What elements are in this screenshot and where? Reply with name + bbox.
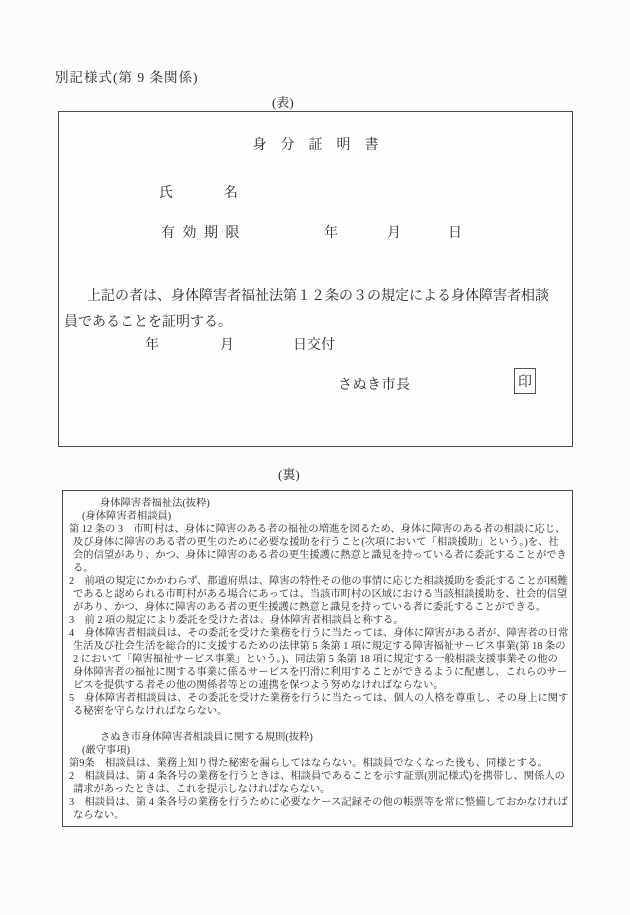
- blank-line: [63, 718, 572, 731]
- statement-line: 上記の者は、身体障害者福祉法第１２条の３の規定による身体障害者相談: [64, 284, 567, 310]
- name-label-first: 氏: [159, 182, 173, 202]
- back-text-line: 2 相談員は、第 4 条各号の業務を行うときは、相談員であることを示す証票(別記…: [63, 770, 572, 783]
- name-label-last: 名: [224, 182, 238, 202]
- back-text-line: さぬき市身体障害者相談員に関する規則(抜粋): [63, 731, 572, 744]
- issue-day-label: 日交付: [293, 334, 335, 354]
- certificate-title: 身分証明書: [59, 134, 572, 154]
- back-text-line: 第9条 相談員は、業務上知り得た秘密を漏らしてはならない。相談員でなくなった後も…: [63, 757, 572, 770]
- back-text-line: 4 身体障害者相談員は、その委託を受けた業務を行うに当たっては、身体に障害がある…: [63, 627, 572, 640]
- back-text-line: 身体障害者の福祉に関する事業に係るサービスを円滑に利用することができるように配慮…: [63, 666, 572, 679]
- validity-label: 有効期限: [161, 222, 247, 242]
- issue-month-label: 月: [220, 334, 234, 354]
- back-text-line: る秘密を守らなければならない。: [63, 705, 572, 718]
- back-text-line: (身体障害者相談員): [63, 510, 572, 523]
- back-text-line: ならない。: [63, 809, 572, 822]
- back-text-line: 請求があったときは、これを提示しなければならない。: [63, 783, 572, 796]
- back-side-label: (裏): [278, 464, 300, 483]
- issuer-mayor-label: さぬき市長: [338, 374, 411, 394]
- back-legal-text-box: 身体障害者福祉法(抜粋)(身体障害者相談員)第 12 条の 3 市町村は、身体に…: [62, 490, 573, 827]
- document-page: { "page": { "form_label": "別記様式(第 9 条関係)…: [0, 0, 630, 915]
- back-text-line: があり、かつ、身体に障害のある者の更生援護に熱意と識見を持っている者に委託するこ…: [63, 601, 572, 614]
- statement-line: 員であることを証明する。: [64, 310, 567, 336]
- back-text-line: 2 において「障害福祉サービス事業」という。)、同法第 5 条第 18 項に規定…: [63, 653, 572, 666]
- back-text-line: 身体障害者福祉法(抜粋): [63, 497, 572, 510]
- back-text-line: 5 身体障害者相談員は、その委託を受けた業務を行うに当たっては、個人の人格を尊重…: [63, 692, 572, 705]
- form-style-label: 別記様式(第 9 条関係): [55, 66, 199, 86]
- back-text-line: 3 相談員は、第 4 条各号の業務を行うために必要なケース記録その他の帳票等を常…: [63, 796, 572, 809]
- validity-day-label: 日: [448, 222, 462, 242]
- back-text-line: (厳守事項): [63, 744, 572, 757]
- back-text-line: 3 前 2 項の規定により委託を受けた者は、身体障害者相談員と称する。: [63, 614, 572, 627]
- back-text-line: 及び身体に障害のある者の更生のために必要な援助を行うこと(次項において「相談援助…: [63, 536, 572, 549]
- back-text-line: 生活及び社会生活を総合的に支援するための法律第 5 条第 1 項に規定する障害福…: [63, 640, 572, 653]
- front-side-label: (表): [272, 92, 294, 111]
- issue-year-label: 年: [145, 334, 159, 354]
- back-text-line: 第 12 条の 3 市町村は、身体に障害のある者の福祉の増進を図るため、身体に障…: [63, 523, 572, 536]
- back-text-line: ビスを提供する者その他の関係者等との連携を保つよう努めなければならない。: [63, 679, 572, 692]
- back-text-line: 2 前項の規定にかかわらず、都道府県は、障害の特性その他の事情に応じた相談援助を…: [63, 575, 572, 588]
- certification-statement: 上記の者は、身体障害者福祉法第１２条の３の規定による身体障害者相談 員であること…: [64, 284, 567, 336]
- validity-month-label: 月: [387, 222, 401, 242]
- back-text-line: る。: [63, 562, 572, 575]
- back-text-line: であると認められる市町村がある場合にあっては、当該市町村の区域における当該相談援…: [63, 588, 572, 601]
- validity-year-label: 年: [324, 222, 338, 242]
- front-certificate-box: 身分証明書 氏 名 有効期限 年 月 日 上記の者は、身体障害者福祉法第１２条の…: [58, 111, 573, 447]
- back-text-line: 会的信望があり、かつ、身体に障害のある者の更生援護に熱意と識見を持っている者に委…: [63, 549, 572, 562]
- official-seal-placeholder: 印: [514, 368, 536, 394]
